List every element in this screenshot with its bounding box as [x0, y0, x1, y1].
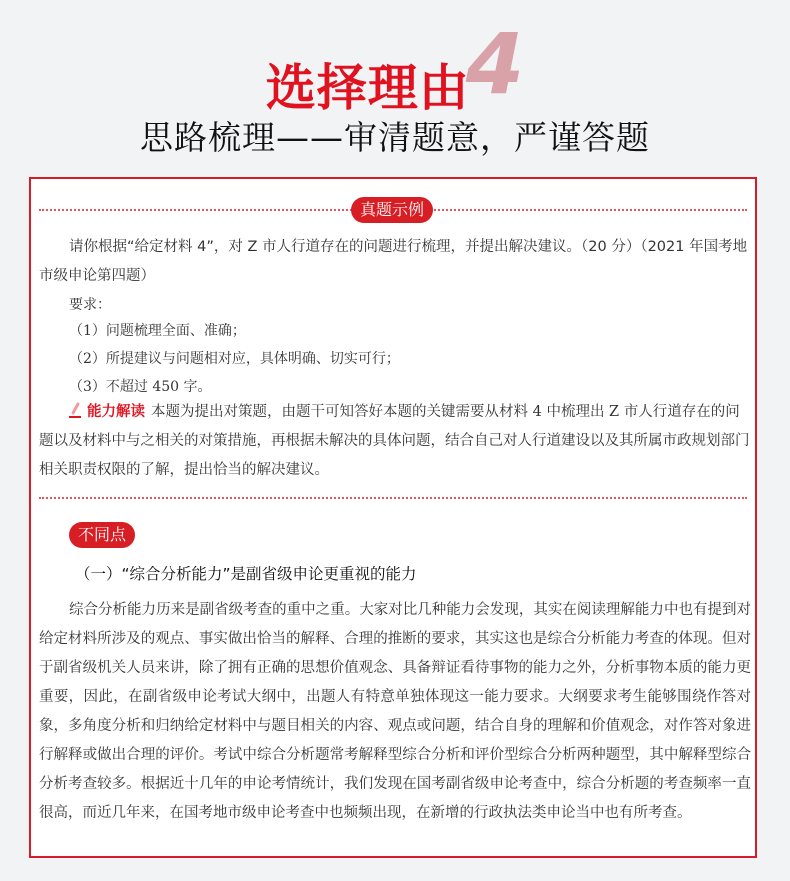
requirement-item-1: （1）问题梳理全面、准确；: [69, 317, 246, 346]
example-badge: 真题示例: [351, 197, 433, 223]
content-card: 真题示例 请你根据“给定材料 4”，对 Z 市人行道存在的问题进行梳理，并提出解…: [29, 177, 757, 858]
hero-title: 选择理由4: [0, 22, 790, 102]
ability-analysis-label: 能力解读: [87, 404, 145, 420]
requirement-item-2: （2）所提建议与问题相对应，具体明确、切实可行；: [69, 345, 400, 374]
pencil-icon: [69, 402, 83, 418]
requirements-label: 要求：: [69, 291, 111, 320]
dotted-divider-middle: [39, 497, 747, 499]
question-text: 请你根据“给定材料 4”，对 Z 市人行道存在的问题进行梳理，并提出解决建议。（…: [39, 233, 751, 291]
ability-analysis-text: 本题为提出对策题，由题干可知答好本题的关键需要从材料 4 中梳理出 Z 市人行道…: [39, 404, 750, 478]
difference-paragraph: 综合分析能力历来是副省级考查的重中之重。大家对比几种能力会发现，其实在阅读理解能…: [39, 596, 751, 828]
hero-title-number: 4: [466, 22, 524, 106]
hero-title-text: 选择理由: [266, 48, 470, 120]
hero-subtitle: 思路梳理——审清题意，严谨答题: [0, 112, 790, 159]
ability-analysis: 能力解读本题为提出对策题，由题干可知答好本题的关键需要从材料 4 中梳理出 Z …: [39, 398, 751, 485]
difference-heading: （一）“综合分析能力”是副省级申论更重视的能力: [75, 561, 417, 587]
difference-badge: 不同点: [69, 522, 135, 548]
